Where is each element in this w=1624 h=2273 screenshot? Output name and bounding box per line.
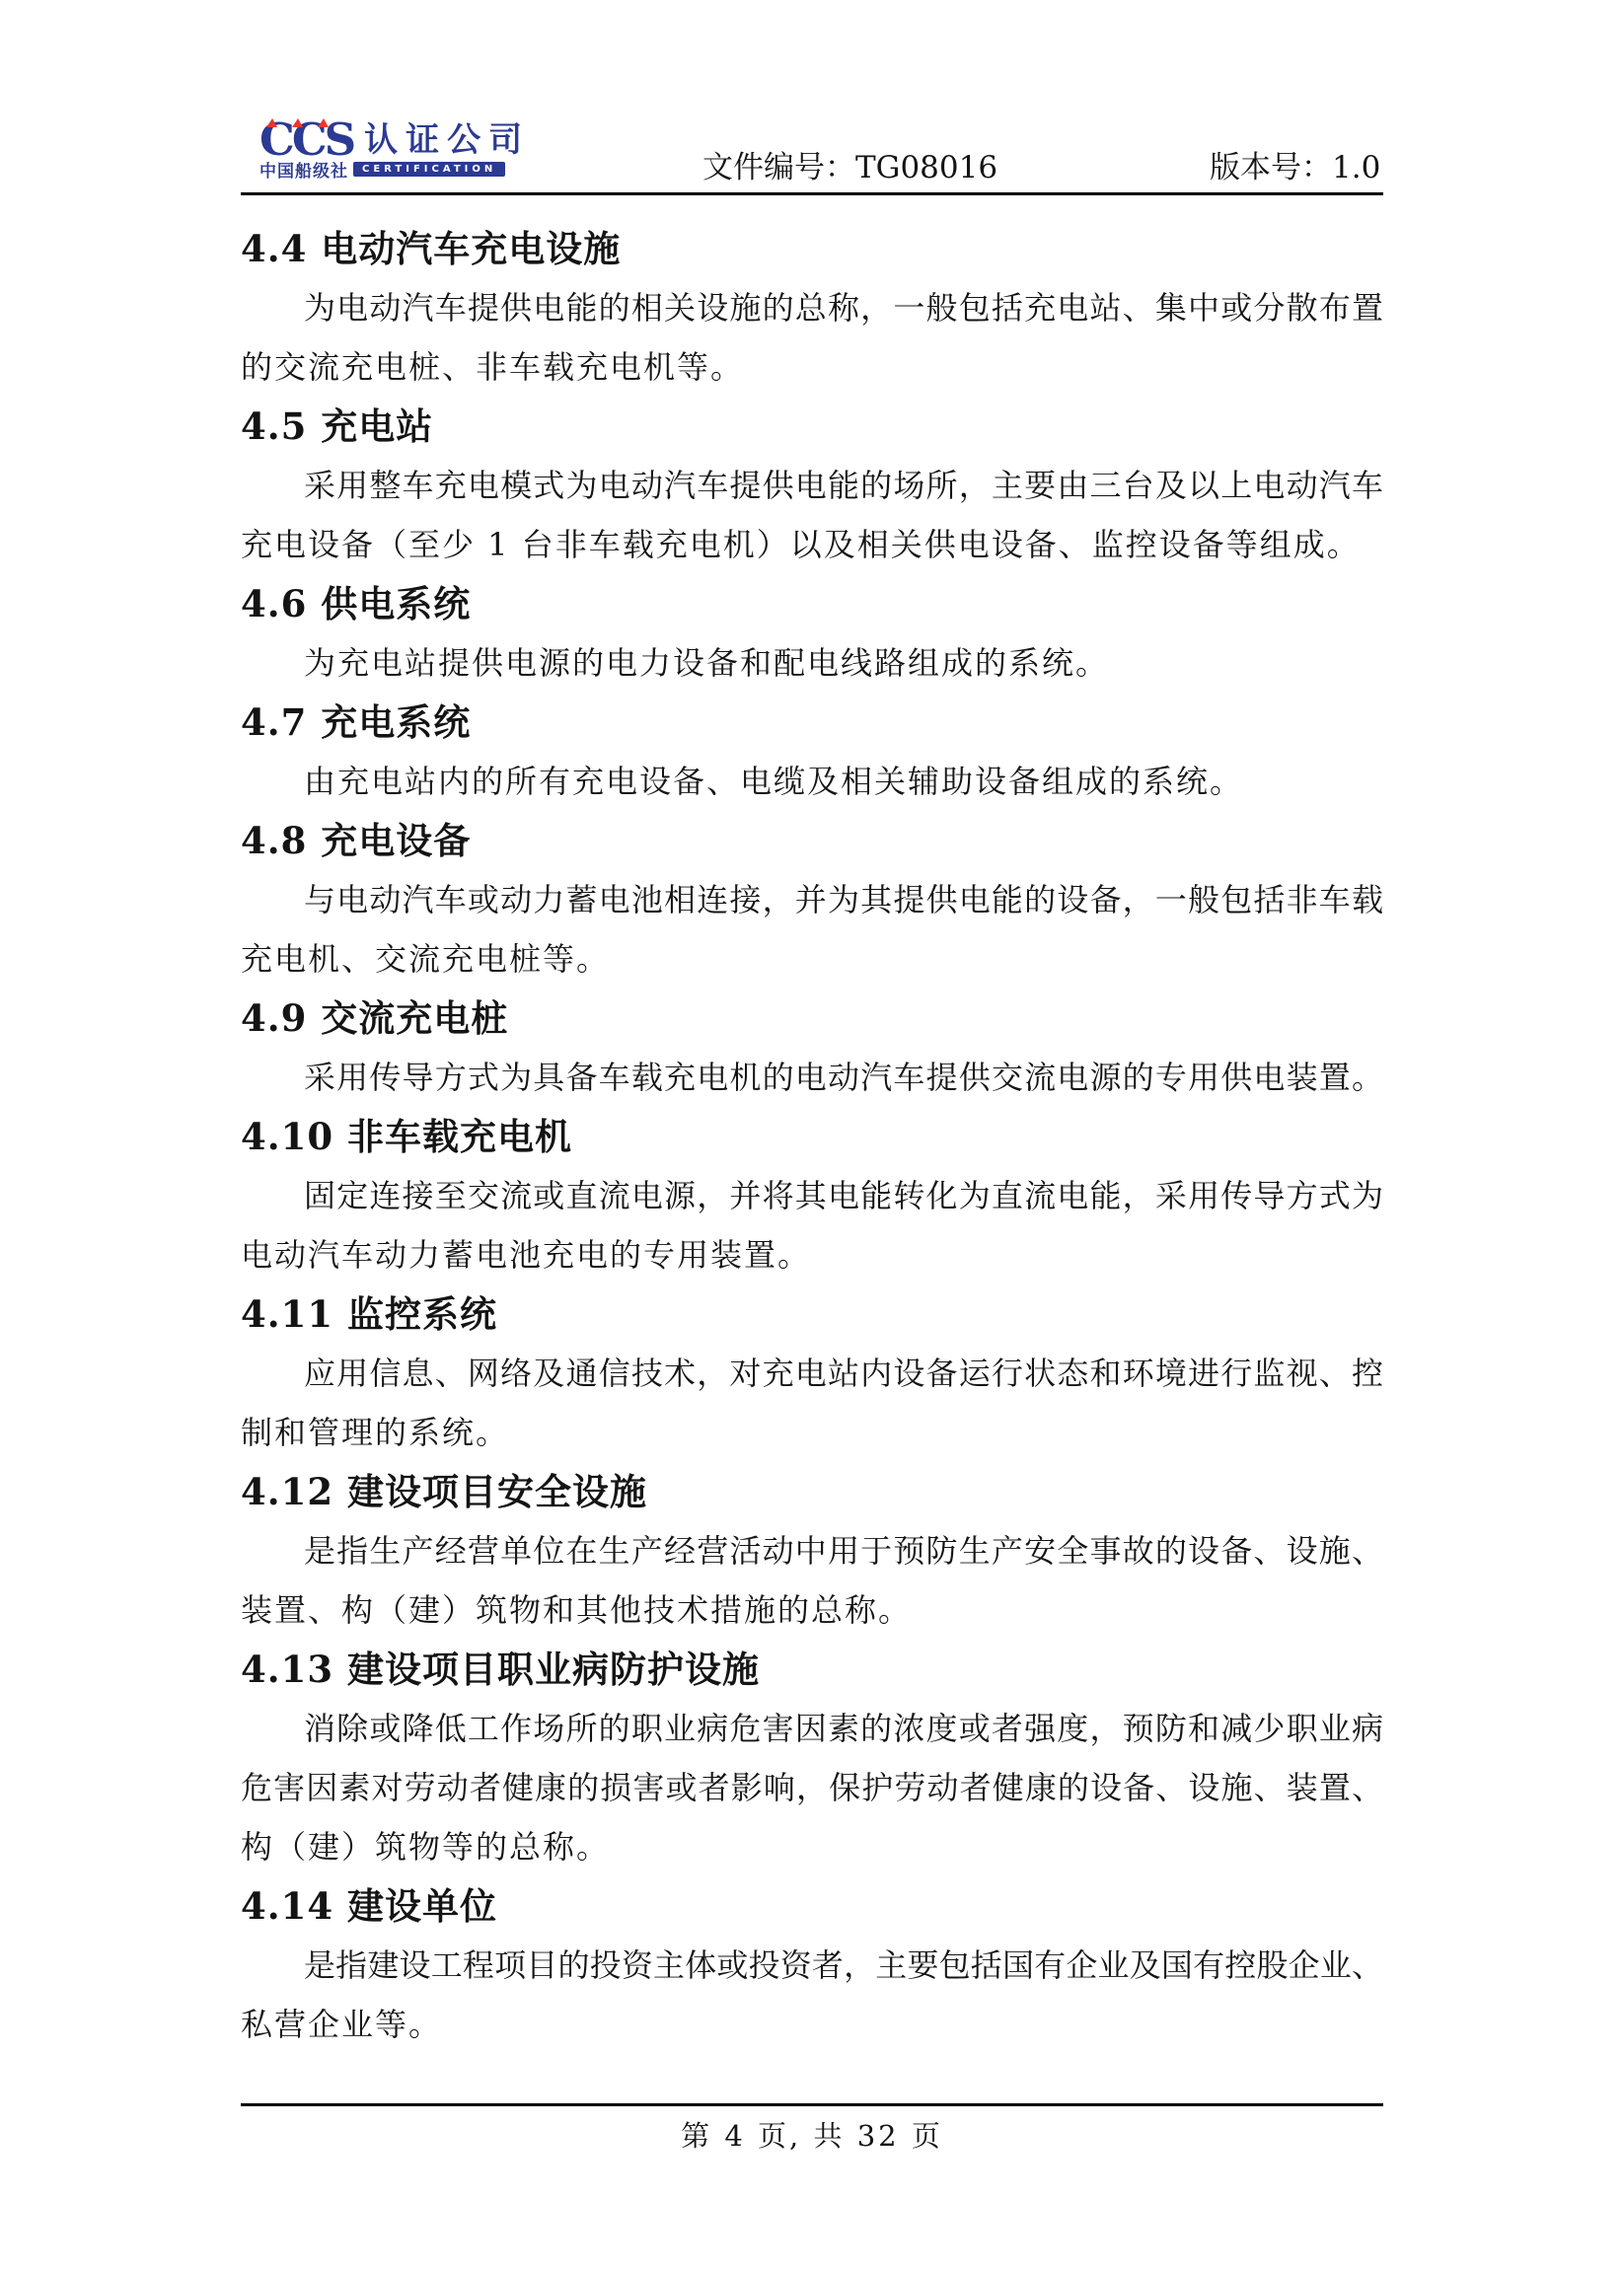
header-rule <box>241 192 1383 195</box>
footer-rule <box>241 2103 1383 2106</box>
paragraph-line: 装置、构（建）筑物和其他技术措施的总称。 <box>241 1580 1383 1640</box>
section-heading: 4.7 充电系统 <box>241 693 1383 752</box>
paragraph-line: 为充电站提供电源的电力设备和配电线路组成的系统。 <box>241 633 1383 693</box>
paragraph-line: 固定连接至交流或直流电源，并将其电能转化为直流电能，采用传导方式为 <box>241 1166 1383 1225</box>
section-heading: 4.4 电动汽车充电设施 <box>241 219 1383 278</box>
paragraph-line: 应用信息、网络及通信技术，对充电站内设备运行状态和环境进行监视、控 <box>241 1344 1383 1403</box>
paragraph-line: 电动汽车动力蓄电池充电的专用装置。 <box>241 1225 1383 1284</box>
doc-number-field: 文件编号：TG08016 <box>702 148 997 187</box>
paragraph-line: 采用整车充电模式为电动汽车提供电能的场所，主要由三台及以上电动汽车 <box>241 456 1383 515</box>
ccs-logo-brand-cn: 认证公司 <box>364 122 530 159</box>
ccs-logo-certification-banner: CERTIFICATION <box>353 162 505 177</box>
section-heading: 4.14 建设单位 <box>241 1876 1383 1936</box>
paragraph-line: 充电机、交流充电桩等。 <box>241 929 1383 989</box>
ccs-logo-top-row: CCS 认证公司 <box>259 119 536 159</box>
section-heading: 4.6 供电系统 <box>241 574 1383 633</box>
document-body: 4.4 电动汽车充电设施为电动汽车提供电能的相关设施的总称，一般包括充电站、集中… <box>241 219 1383 2054</box>
paragraph-line: 由充电站内的所有充电设备、电缆及相关辅助设备组成的系统。 <box>241 752 1383 811</box>
version-field: 版本号：1.0 <box>1210 148 1380 187</box>
paragraph-line: 危害因素对劳动者健康的损害或者影响，保护劳动者健康的设备、设施、装置、 <box>241 1758 1383 1817</box>
paragraph-line: 是指生产经营单位在生产经营活动中用于预防生产安全事故的设备、设施、 <box>241 1521 1383 1580</box>
document-page: { "header": { "logo": { "acronym": "CCS"… <box>0 0 1624 2273</box>
section-heading: 4.5 充电站 <box>241 397 1383 456</box>
doc-number-label: 文件编号： <box>702 150 855 185</box>
paragraph-line: 为电动汽车提供电能的相关设施的总称，一般包括充电站、集中或分散布置 <box>241 278 1383 337</box>
doc-number-value: TG08016 <box>855 150 997 185</box>
paragraph-line: 制和管理的系统。 <box>241 1403 1383 1462</box>
section-heading: 4.10 非车载充电机 <box>241 1107 1383 1166</box>
version-label: 版本号： <box>1210 150 1332 185</box>
section-heading: 4.12 建设项目安全设施 <box>241 1462 1383 1521</box>
section-heading: 4.9 交流充电桩 <box>241 989 1383 1048</box>
paragraph-line: 消除或降低工作场所的职业病危害因素的浓度或者强度，预防和减少职业病 <box>241 1699 1383 1758</box>
paragraph-line: 采用传导方式为具备车载充电机的电动汽车提供交流电源的专用供电装置。 <box>241 1048 1383 1107</box>
paragraph-line: 私营企业等。 <box>241 1995 1383 2054</box>
section-heading: 4.13 建设项目职业病防护设施 <box>241 1640 1383 1699</box>
paragraph-line: 的交流充电桩、非车载充电机等。 <box>241 337 1383 397</box>
section-heading: 4.11 监控系统 <box>241 1284 1383 1344</box>
paragraph-line: 构（建）筑物等的总称。 <box>241 1817 1383 1876</box>
paragraph-line: 与电动汽车或动力蓄电池相连接，并为其提供电能的设备，一般包括非车载 <box>241 870 1383 929</box>
paragraph-line: 充电设备（至少 1 台非车载充电机）以及相关供电设备、监控设备等组成。 <box>241 515 1383 574</box>
ccs-logo: CCS 认证公司 中国船级社 CERTIFICATION <box>259 119 536 177</box>
section-heading: 4.8 充电设备 <box>241 811 1383 870</box>
version-value: 1.0 <box>1332 150 1380 185</box>
paragraph-line: 是指建设工程项目的投资主体或投资者，主要包括国有企业及国有控股企业、 <box>241 1936 1383 1995</box>
page-number-text: 第 4 页, 共 32 页 <box>0 2115 1624 2157</box>
